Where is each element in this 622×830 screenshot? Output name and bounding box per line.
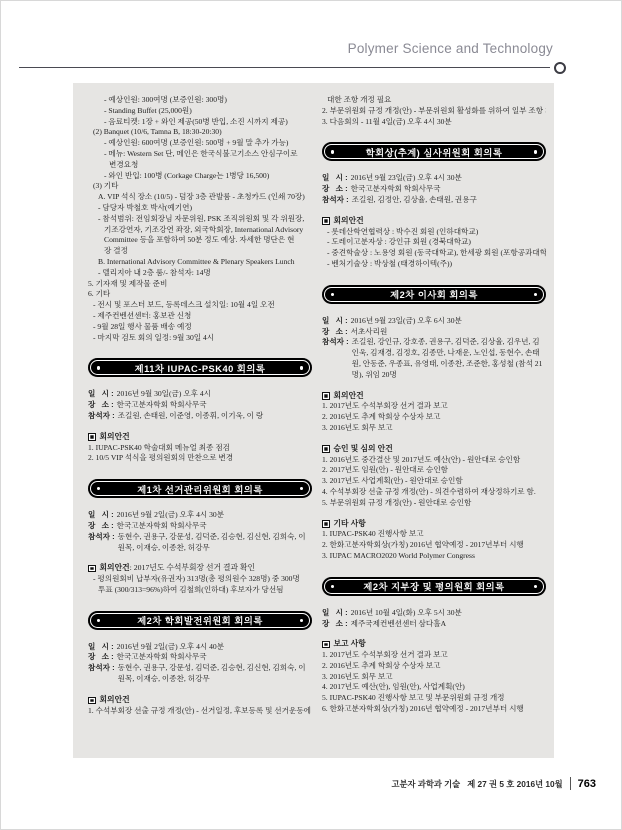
text-line: B. International Advisory Committee & Pl…: [88, 257, 312, 268]
agenda-heading: 회의안건 : 2017년도 수석부회장 선거 결과 확인: [88, 563, 312, 574]
meta-value: 한국고분자학회 학회사무국: [117, 652, 312, 663]
agenda-heading-label: 기타 사항: [334, 519, 366, 530]
meta-row: 참석자 :동현수, 권용구, 강문성, 김덕준, 김승현, 김신현, 김희숙, …: [88, 663, 312, 685]
text-line: - 참석범위: 전임회장님 자문위원, PSK 조직위원회 및 각 위원장,: [88, 214, 312, 225]
meta-label: 장 소 :: [88, 652, 114, 663]
agenda-heading: 회의안건: [88, 695, 312, 706]
column-gap: [322, 509, 546, 519]
band-dot-icon: [534, 293, 537, 296]
text-line: - 도레이고분자상 : 강인규 회원 (경북대학교): [322, 237, 546, 248]
meta-value: 한국고분자학회 학회사무국: [117, 521, 312, 532]
column-gap: [322, 434, 546, 444]
header-rule: [19, 67, 550, 68]
text-line: 2. 부문위원회 규정 개정(안) - 부문위원회 활성화를 위하여 일부 조항…: [322, 106, 546, 117]
band-dot-icon: [534, 150, 537, 153]
meta-value: 제주국제컨벤션센터 삼다홀A: [351, 619, 546, 630]
band-dot-icon: [331, 293, 334, 296]
meta-row: 일 시 :2016년 10월 4일(화) 오후 5시 30분: [322, 608, 546, 619]
agenda-heading-label: 회의안건: [100, 432, 130, 443]
meta-label: 장 소 :: [322, 619, 348, 630]
meta-value: 조길원, 김정안, 김상율, 손태원, 권용구: [352, 195, 546, 206]
journal-page: Polymer Science and Technology - 예상인원: 3…: [0, 0, 622, 830]
square-marker-icon: [322, 392, 330, 400]
square-marker-icon: [322, 445, 330, 453]
square-marker-icon: [88, 565, 96, 573]
meta-row: 장 소 :한국고분자학회 학회사무국: [88, 521, 312, 532]
page-footer: 고분자 과학과 기술 제 27 권 5 호 2016년 10월 763: [391, 777, 596, 790]
band-dot-icon: [97, 487, 100, 490]
meta-row: 참석자 :조길원, 손태원, 이준영, 이종휘, 이기욱, 이 랑: [88, 411, 312, 422]
text-line: - 중견학술상 : 노용영 회원 (동국대학교), 한세광 회원 (포항공과대학…: [322, 248, 546, 259]
meta-row: 장 소 :한국고분자학회 학회사무국: [88, 652, 312, 663]
meta-label: 일 시 :: [322, 608, 348, 619]
band-dot-icon: [97, 619, 100, 622]
text-line: (3) 기타: [88, 181, 312, 192]
agenda-heading-label: 회의안건: [100, 563, 130, 574]
column-gap: [88, 553, 312, 563]
text-line: 5. IUPAC-PSK40 진행사항 보고 및 부문위원회 규정 개정: [322, 693, 546, 704]
meta-row: 참석자 :동현수, 권용구, 강문성, 김덕준, 김승현, 김신현, 김희숙, …: [88, 532, 312, 554]
meta-row: 참석자 :조길원, 김정안, 김상율, 손태원, 권용구: [322, 195, 546, 206]
section-title: 제11차 IUPAC-PSK40 회의록: [135, 361, 266, 375]
meta-label: 일 시 :: [322, 173, 348, 184]
meta-row: 일 시 :2016년 9월 2일(금) 오후 4시 40분: [88, 642, 312, 653]
square-marker-icon: [88, 433, 96, 441]
section-title-band: 제2차 학회발전위원회 회의록: [88, 611, 312, 630]
meta-label: 장 소 :: [322, 327, 348, 338]
text-line: - 예상인원: 600여명 (보증인원: 500명 + 9월 말 추가 가능): [88, 138, 312, 149]
meta-row: 일 시 :2016년 9월 2일(금) 오후 4시 30분: [88, 510, 312, 521]
text-line: 2. 2017년도 임원(안) - 원안대로 승인함: [322, 465, 546, 476]
section-title: 제2차 이사회 회의록: [390, 287, 478, 301]
square-marker-icon: [322, 520, 330, 528]
text-line: - 담당자 박철호 박사(예기연): [88, 203, 312, 214]
text-line: 3. 2016년도 회무 보고: [322, 672, 546, 683]
section-title-band: 제2차 이사회 회의록: [322, 285, 546, 304]
agenda-heading: 보고 사항: [322, 639, 546, 650]
meta-label: 일 시 :: [88, 642, 114, 653]
text-line: 투표 (300/313=96%)하여 김철희(인하대) 후보자가 당선됨: [88, 585, 312, 596]
text-line: 4. 수석부회장 선출 규정 개정(안) - 의견수렴하여 재상정하기로 함.: [322, 487, 546, 498]
page-number: 763: [578, 778, 596, 790]
text-line: - 예상인원: 300여명 (보증인원: 300명): [88, 95, 312, 106]
meta-row: 일 시 :2016년 9월 23일(금) 오후 6시 30분: [322, 316, 546, 327]
agenda-heading-label: 보고 사항: [334, 639, 366, 650]
text-line: 변경요청: [88, 160, 312, 171]
text-line: - 와인 반입: 100병 (Corkage Charge는 1병당 16,50…: [88, 171, 312, 182]
text-line: - 제주컨벤션센터: 홍보관 신청: [88, 311, 312, 322]
agenda-heading-label: 회의안건: [334, 391, 364, 402]
footer-issue-info: 제 27 권 5 호 2016년 10월: [467, 778, 562, 790]
meta-value: 2016년 9월 2일(금) 오후 4시 30분: [117, 510, 312, 521]
column-gap: [322, 206, 546, 216]
meta-value: 2016년 10월 4일(화) 오후 5시 30분: [351, 608, 546, 619]
agenda-heading-label: 승인 및 심의 안건: [334, 444, 393, 455]
meta-label: 일 시 :: [88, 389, 114, 400]
agenda-heading-label: 회의안건: [100, 695, 130, 706]
meta-label: 일 시 :: [322, 316, 348, 327]
meta-label: 참석자 :: [88, 663, 115, 685]
text-line: 4. 2017년도 예산(안), 임원(안), 사업계획(안): [322, 682, 546, 693]
footer-divider: [570, 777, 571, 790]
band-dot-icon: [331, 150, 334, 153]
section-title: 제2차 지부장 및 평의원회 회의록: [363, 579, 504, 593]
meta-value: 2016년 9월 2일(금) 오후 4시 40분: [117, 642, 312, 653]
square-marker-icon: [88, 697, 96, 705]
band-dot-icon: [300, 487, 303, 490]
content-box: - 예상인원: 300여명 (보증인원: 300명)- Standing Buf…: [73, 83, 554, 758]
agenda-heading: 승인 및 심의 안건: [322, 444, 546, 455]
column-gap: [88, 685, 312, 695]
text-line: 대한 조항 개정 필요: [322, 95, 546, 106]
meta-value: 조길원, 손태원, 이준영, 이종휘, 이기욱, 이 랑: [118, 411, 312, 422]
text-line: 5. 부문위원회 규정 개정(안) - 원안대로 승인함: [322, 498, 546, 509]
meta-row: 참석자 :조길원, 강인규, 강호종, 권용구, 김덕준, 김상율, 김우년, …: [322, 337, 546, 380]
text-line: - 9월 28일 행사 물품 배송 예정: [88, 322, 312, 333]
agenda-heading: 회의안건: [88, 432, 312, 443]
text-line: - 벤처기술상 : 박상철 (태경하이텍(주)): [322, 259, 546, 270]
meta-value: 조길원, 강인규, 강호종, 권용구, 김덕준, 김상율, 김우년, 김인욱, …: [352, 337, 546, 380]
meta-label: 참석자 :: [88, 532, 115, 554]
text-line: 2. 10/5 VIP 석식을 평의원회의 만찬으로 변경: [88, 453, 312, 464]
text-line: 6. 한화고분자학회상(가칭) 2016년 협약예정 - 2017년부터 시행: [322, 704, 546, 715]
text-line: - 롯데산학연협력상 : 박수진 회원 (인하대학교): [322, 227, 546, 238]
text-line: 2. 2016년도 추계 학회상 수상자 보고: [322, 412, 546, 423]
section-title: 학회상(추계) 심사위원회 회의록: [366, 145, 503, 159]
text-line: - 델리지아 내 2층 룸/- 참석자: 14명: [88, 268, 312, 279]
meta-label: 참석자 :: [322, 195, 349, 206]
text-line: - Standing Buffet (25,000원): [88, 106, 312, 117]
text-line: 기조강연자, 기조강연 좌장, 외국학회장, International Adv…: [88, 225, 312, 236]
text-line: 3. 다음회의 - 11월 4일(금) 오후 4시 30분: [322, 117, 546, 128]
column-gap: [322, 629, 546, 639]
text-line: 1. 2016년도 중간결산 및 2017년도 예산(안) - 원안대로 승인함: [322, 455, 546, 466]
meta-label: 장 소 :: [88, 400, 114, 411]
text-line: - 마지막 검토 회의 일정: 9월 30일 4시: [88, 333, 312, 344]
meta-value: 동현수, 권용구, 강문성, 김덕준, 김승현, 김신현, 김희숙, 이원목, …: [118, 663, 312, 685]
section-title-band: 학회상(추계) 심사위원회 회의록: [322, 142, 546, 161]
band-dot-icon: [97, 366, 100, 369]
meta-row: 장 소 :한국고분자학회 학회사무국: [88, 400, 312, 411]
meta-label: 장 소 :: [322, 184, 348, 195]
text-line: 2. 2016년도 추계 학회상 수상자 보고: [322, 661, 546, 672]
meta-label: 참석자 :: [322, 337, 349, 380]
text-line: 6. 기타: [88, 289, 312, 300]
text-line: 3. 2016년도 회무 보고: [322, 423, 546, 434]
text-line: 3. IUPAC MACRO2020 World Polymer Congres…: [322, 551, 546, 562]
text-line: - 평의원회비 납부자(유권자) 313명(총 평의원수 328명) 중 300…: [88, 574, 312, 585]
footer-journal-name: 고분자 과학과 기술: [391, 778, 460, 790]
agenda-heading: 회의안건: [322, 216, 546, 227]
meta-value: 동현수, 권용구, 강문성, 김덕준, 김승현, 김신현, 김희숙, 이원목, …: [118, 532, 312, 554]
text-line: - 음료티켓: 1장 + 와인 제공(50병 반입, 소진 시까지 제공): [88, 117, 312, 128]
band-dot-icon: [534, 585, 537, 588]
left-column: - 예상인원: 300여명 (보증인원: 300명)- Standing Buf…: [88, 95, 312, 758]
meta-row: 장 소 :한국고분자학회 학회사무국: [322, 184, 546, 195]
meta-row: 장 소 :서초사리원: [322, 327, 546, 338]
meta-value: 2016년 9월 23일(금) 오후 6시 30분: [351, 316, 546, 327]
meta-value: 서초사리원: [351, 327, 546, 338]
meta-label: 참석자 :: [88, 411, 115, 422]
square-marker-icon: [322, 217, 330, 225]
text-line: 5. 기자재 및 제작물 준비: [88, 279, 312, 290]
meta-value: 한국고분자학회 학회사무국: [351, 184, 546, 195]
circle-ring-icon: [554, 62, 566, 74]
meta-label: 장 소 :: [88, 521, 114, 532]
section-title: 제1차 선거관리위원회 회의록: [137, 482, 263, 496]
section-title: 제2차 학회발전위원회 회의록: [137, 613, 263, 627]
text-line: 1. IUPAC-PSK40 진행사항 보고: [322, 529, 546, 540]
text-line: - 전시 및 포스터 보드, 등록데스크 설치일: 10월 4일 오전: [88, 300, 312, 311]
meta-row: 장 소 :제주국제컨벤션센터 삼다홀A: [322, 619, 546, 630]
column-gap: [322, 381, 546, 391]
right-column: 대한 조항 개정 필요2. 부문위원회 규정 개정(안) - 부문위원회 활성화…: [322, 95, 546, 758]
text-line: 1. 2017년도 수석부회장 선거 결과 보고: [322, 401, 546, 412]
square-marker-icon: [322, 641, 330, 649]
meta-value: 2016년 9월 23일(금) 오후 4시 30분: [351, 173, 546, 184]
text-line: Committee 등을 포함하여 50분 정도 예상. 자세한 명단은 현: [88, 235, 312, 246]
band-dot-icon: [331, 585, 334, 588]
agenda-heading-label: 회의안건: [334, 216, 364, 227]
section-title-band: 제1차 선거관리위원회 회의록: [88, 479, 312, 498]
meta-row: 일 시 :2016년 9월 23일(금) 오후 4시 30분: [322, 173, 546, 184]
text-line: (2) Banquet (10/6, Tamna B, 18:30-20:30): [88, 127, 312, 138]
column-gap: [88, 422, 312, 432]
text-line: 장 결정: [88, 246, 312, 257]
text-line: 2. 한화고분자학회상(가칭) 2016년 협약예정 - 2017년부터 시행: [322, 540, 546, 551]
section-title-band: 제11차 IUPAC-PSK40 회의록: [88, 358, 312, 377]
band-dot-icon: [300, 619, 303, 622]
text-line: 1. 2017년도 수석부회장 선거 결과 보고: [322, 650, 546, 661]
agenda-heading: 기타 사항: [322, 519, 546, 530]
text-line: - 메뉴: Western Set 단, 메인은 한국식불고기소스 안심구이로: [88, 149, 312, 160]
band-dot-icon: [300, 366, 303, 369]
meta-value: 2016년 9월 30일(금) 오후 4시: [117, 389, 312, 400]
text-line: A. VIP 석식 장소 (10/5) - 덤장 3층 관발룸 - 초청카드 (…: [88, 192, 312, 203]
meta-row: 일 시 :2016년 9월 30일(금) 오후 4시: [88, 389, 312, 400]
meta-value: 한국고분자학회 학회사무국: [117, 400, 312, 411]
text-line: 3. 2017년도 사업계획(안) - 원안대로 승인함: [322, 476, 546, 487]
meta-label: 일 시 :: [88, 510, 114, 521]
journal-title: Polymer Science and Technology: [1, 41, 553, 56]
text-line: 1. IUPAC-PSK40 학술대회 메뉴얼 최종 점검: [88, 443, 312, 454]
text-line: 1. 수석부회장 선출 규정 개정(안) - 선거일정, 후보등록 및 선거운동…: [88, 706, 312, 717]
section-title-band: 제2차 지부장 및 평의원회 회의록: [322, 577, 546, 596]
agenda-heading: 회의안건: [322, 391, 546, 402]
agenda-heading-rest: : 2017년도 수석부회장 선거 결과 확인: [130, 563, 255, 574]
